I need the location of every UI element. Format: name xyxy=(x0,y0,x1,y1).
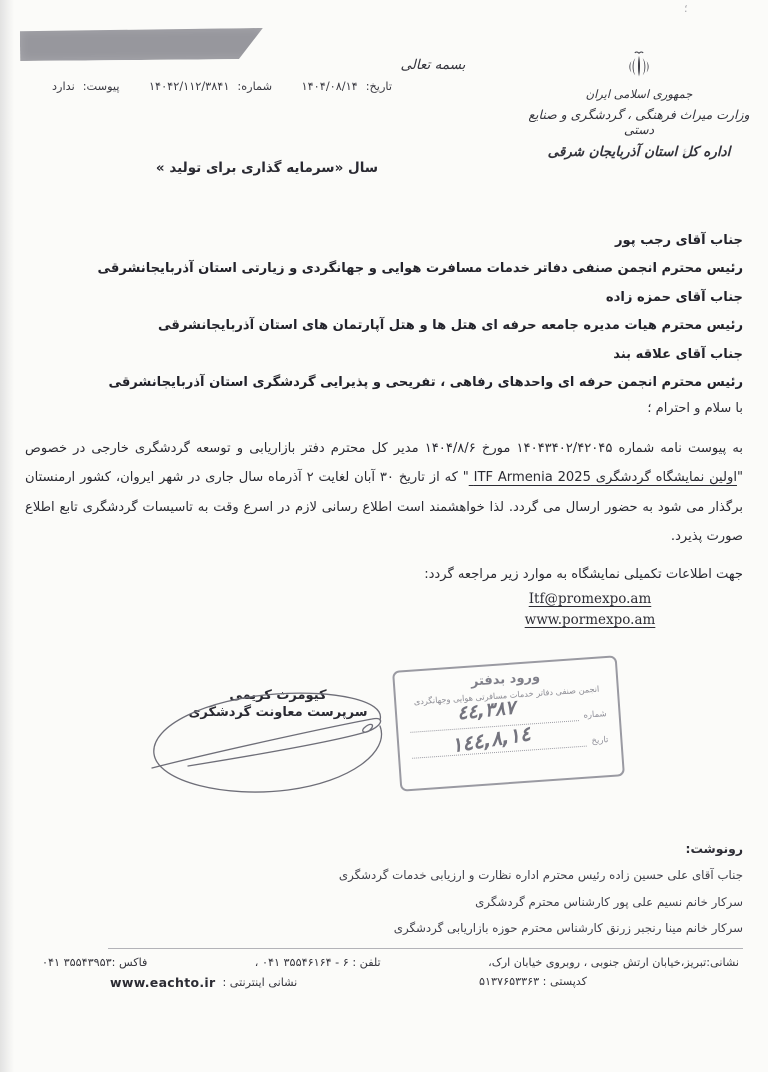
stamp-date-label: تاریخ xyxy=(591,735,609,746)
email-link[interactable]: Itf@promexpo.am xyxy=(529,591,652,607)
recipient-name: جناب آقای علاقه بند xyxy=(25,341,743,369)
signatory-name: کیومرث کریمی xyxy=(168,687,388,704)
signatory-block: کیومرث کریمی سرپرست معاونت گردشگری xyxy=(168,687,388,721)
attachment-value: ندارد xyxy=(52,80,75,93)
info-note: جهت اطلاعات تکمیلی نمایشگاه به موارد زیر… xyxy=(25,560,743,589)
letter-date: تاریخ: ۱۴۰۴/۰۸/۱۴ xyxy=(302,80,392,93)
letter-attachment: پیوست: ندارد xyxy=(52,80,119,93)
number-value: ۱۴۰۴۲/۱۱۲/۳۸۴۱ xyxy=(149,80,229,93)
footer-fax: فاکس :۳۵۵۴۳۹۵۳ ۰۴۱ xyxy=(42,956,147,969)
footer-phone: تلفن : ۶ - ۳۵۵۴۶۱۶۴ ۰۴۱ ، xyxy=(255,956,381,969)
exhibition-links: Itf@promexpo.am www.pormexpo.am xyxy=(430,589,750,631)
number-label: شماره: xyxy=(237,80,272,93)
cc-label: رونوشت: xyxy=(166,841,743,856)
ministry-title: وزارت میراث فرهنگی ، گردشگری و صنایع دست… xyxy=(520,107,758,137)
redaction-bar xyxy=(20,28,263,61)
republic-title: جمهوری اسلامی ایران xyxy=(520,87,758,101)
cc-item: جناب آقای علی حسین زاده رئیس محترم اداره… xyxy=(120,862,743,889)
office-title: اداره کل استان آذربایجان شرقی xyxy=(520,144,758,160)
letter-body: به پیوست نامه شماره ۱۴۰۴۳۴۰۲/۴۲۰۴۵ مورخ … xyxy=(25,434,743,589)
website-link[interactable]: www.pormexpo.am xyxy=(525,612,656,628)
recipient-title: رئیس محترم انجمن حرفه ای واحدهای رفاهی ،… xyxy=(25,369,743,397)
stamp-number-label: شماره xyxy=(583,709,607,721)
footer-divider xyxy=(108,948,743,949)
footer-web: www.eachto.ir نشانی اینترنتی : xyxy=(110,975,297,990)
year-slogan: سال «سرمایه گذاری برای تولید » xyxy=(132,160,402,176)
entry-stamp: ورود بدفتر انجمن صنفی دفاتر خدمات مسافرت… xyxy=(392,655,625,791)
footer-web-value[interactable]: www.eachto.ir xyxy=(110,975,215,990)
exhibition-name-underlined: اولین نمایشگاه گردشگری ITF Armenia 2025 xyxy=(469,470,737,485)
letter-page: { "letterhead": { "bismillah": "بسمه تعا… xyxy=(0,0,768,1072)
letter-number: شماره: ۱۴۰۴۲/۱۱۲/۳۸۴۱ xyxy=(149,80,272,93)
cc-item: سرکار خانم مینا رنجبر زرنق کارشناس محترم… xyxy=(120,915,743,942)
recipient-title: رئیس محترم هیات مدیره جامعه حرفه ای هتل … xyxy=(25,312,743,340)
footer-web-label: نشانی اینترنتی : xyxy=(222,976,297,989)
letterhead-org-block: جمهوری اسلامی ایران وزارت میراث فرهنگی ،… xyxy=(520,50,758,160)
recipient-name: جناب آقای رجب پور xyxy=(25,227,743,255)
cc-item: سرکار خانم نسیم علی پور کارشناس محترم گر… xyxy=(120,889,743,916)
attachment-label: پیوست: xyxy=(83,80,120,93)
date-value: ۱۴۰۴/۰۸/۱۴ xyxy=(302,80,358,93)
scan-edge-shadow xyxy=(0,0,14,1072)
recipient-name: جناب آقای حمزه زاده xyxy=(25,284,743,312)
recipient-title: رئیس محترم انجمن صنفی دفاتر خدمات مسافرت… xyxy=(25,255,743,283)
footer-address: نشانی:تبریز،خیابان ارتش جنوبی ، روبروی خ… xyxy=(488,956,739,969)
scan-noise-mark: ؛ xyxy=(684,2,688,15)
footer-postal: کدپستی : ۵۱۳۷۶۵۳۳۶۳ xyxy=(479,975,587,988)
footer-contact-line: نشانی:تبریز،خیابان ارتش جنوبی ، روبروی خ… xyxy=(42,956,739,969)
salutation-text: با سلام و احترام ؛ xyxy=(647,401,743,416)
signatory-title: سرپرست معاونت گردشگری xyxy=(168,704,388,721)
stamp-date-row: تاریخ ١٤٤,٨,١٤ xyxy=(411,727,609,759)
cc-block: رونوشت: جناب آقای علی حسین زاده رئیس محت… xyxy=(120,841,743,942)
iran-emblem-icon xyxy=(520,50,758,87)
recipients-block: جناب آقای رجب پور رئیس محترم انجمن صنفی … xyxy=(25,227,743,397)
letter-meta-row: تاریخ: ۱۴۰۴/۰۸/۱۴ شماره: ۱۴۰۴۲/۱۱۲/۳۸۴۱ … xyxy=(52,80,392,93)
bismillah-text: بسمه تعالی xyxy=(378,57,488,73)
body-paragraph: به پیوست نامه شماره ۱۴۰۴۳۴۰۲/۴۲۰۴۵ مورخ … xyxy=(25,434,743,551)
date-label: تاریخ: xyxy=(366,80,392,93)
